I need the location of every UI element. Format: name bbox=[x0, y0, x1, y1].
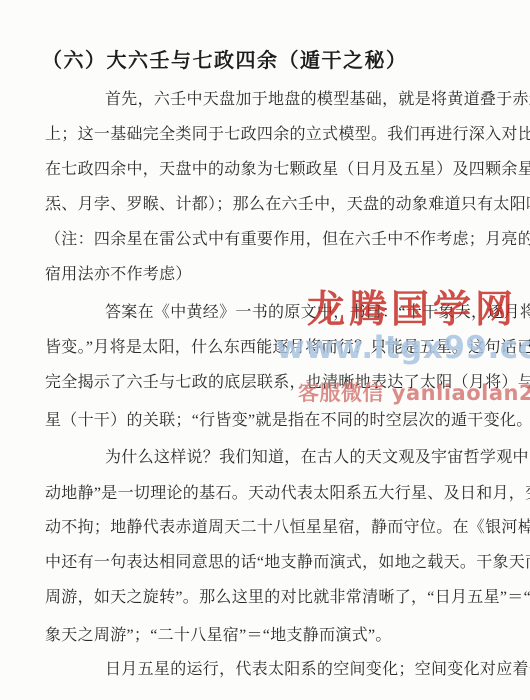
body-line: 星（十干）的关联；“行皆变”就是指在不同的时空层次的遁干变化。 bbox=[45, 407, 530, 430]
scanned-document-page: （六）大六壬与七政四余（遁干之秘） 首先，六壬中天盘加于地盘的模型基础，就是将黄… bbox=[0, 0, 530, 700]
body-line: 宿用法亦不作考虑） bbox=[45, 261, 192, 284]
body-line: 动地静”是一切理论的基石。天动代表太阳系五大行星、及日和月，变 bbox=[45, 480, 530, 503]
body-line: 完全揭示了六壬与七政的底层联系，也清晰地表达了太阳（月将）与五 bbox=[45, 369, 530, 392]
body-line: 中还有一句表达相同意思的话“地支静而演式，如地之载天。干象天而 bbox=[45, 549, 530, 572]
body-line: 象天之周游”；“二十八星宿”＝“地支静而演式”。 bbox=[45, 622, 392, 645]
body-line: 日月五星的运行，代表太阳系的空间变化；空间变化对应着干支 bbox=[105, 656, 530, 679]
body-line: 炁、月孛、罗睺、计都）；那么在六壬中，天盘的动象难道只有太阳吗？ bbox=[45, 191, 530, 214]
body-line: 动不拘；地静代表赤道周天二十八恒星星宿，静而守位。在《银河棹》 bbox=[45, 514, 530, 537]
body-line: （注：四余星在雷公式中有重要作用，但在六壬中不作考虑；月亮的躔 bbox=[45, 226, 530, 249]
body-line: 答案在《中黄经》一书的原文中，书曰：“十干象天，逐月将而行 bbox=[105, 299, 530, 322]
body-line: 为什么这样说？我们知道，在古人的天文观及宇宙哲学观中，“天 bbox=[105, 444, 530, 467]
section-title: （六）大六壬与七政四余（遁干之秘） bbox=[42, 44, 408, 73]
body-line: 皆变。”月将是太阳，什么东西能逐月将而行？只能是五星。这句话已经 bbox=[45, 334, 530, 357]
body-line: 首先，六壬中天盘加于地盘的模型基础，就是将黄道叠于赤道之 bbox=[105, 86, 530, 109]
body-line: 周游，如天之旋转”。那么这里的对比就非常清晰了，“日月五星”＝“十 bbox=[45, 584, 530, 607]
body-line: 上；这一基础完全类同于七政四余的立式模型。我们再进行深入对比 bbox=[45, 121, 530, 144]
body-line: 在七政四余中，天盘中的动象为七颗政星（日月及五星）及四颗余星（紫 bbox=[45, 156, 530, 179]
